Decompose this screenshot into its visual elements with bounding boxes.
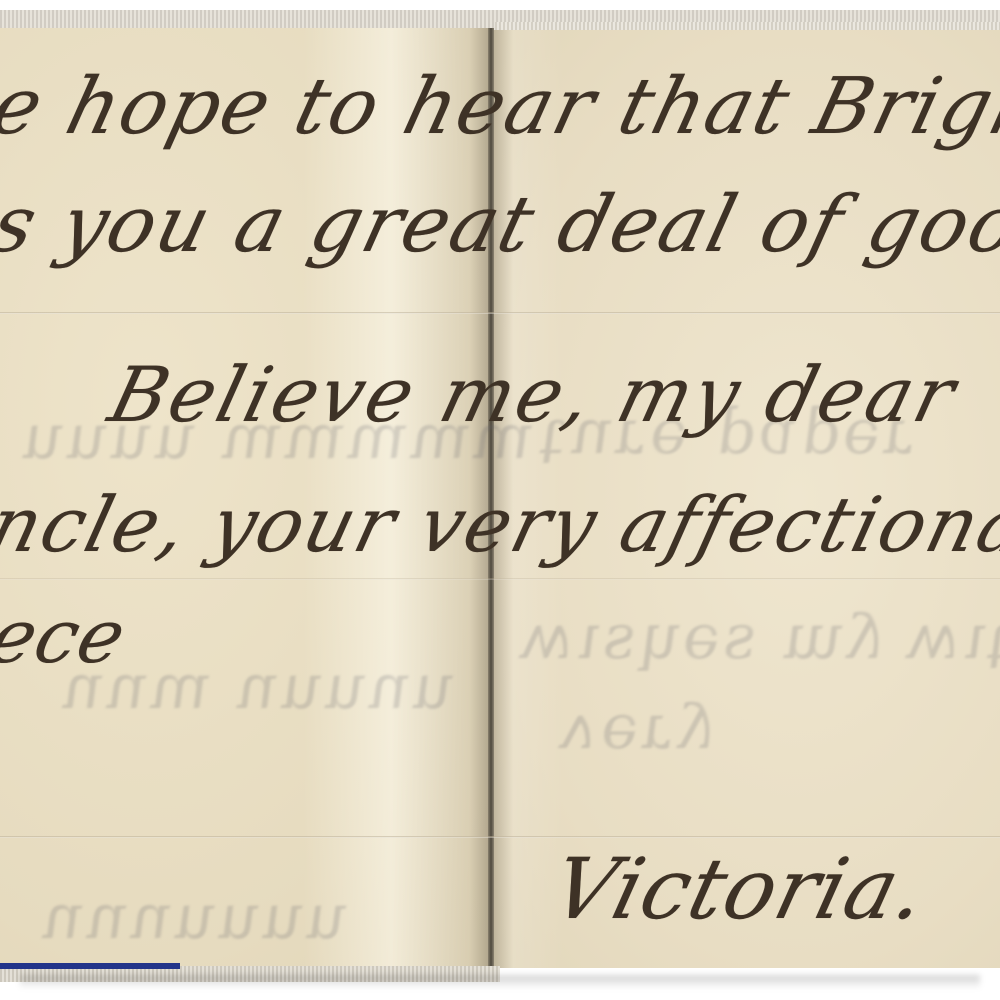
blue-book-cover-edge: [0, 963, 180, 969]
book-photo: mmmmm uuuu unuun mnn uuuunnn ɹǝdɐd ǝɹnʇ …: [0, 0, 1000, 1000]
paper-fold-crease: [0, 578, 1000, 580]
paper-fold-crease: [0, 312, 1000, 314]
letter-line-3: Believe me, my dear: [101, 350, 966, 439]
letter-line-1: e hope to hear that Brighton: [0, 62, 1000, 152]
bleed-through-text: ɥʇıʍ ʎɯ sǝɥsıʍ: [508, 600, 1000, 673]
book-shadow: [20, 975, 980, 989]
bleed-through-text: ʎɹǝʌ: [548, 690, 726, 763]
letter-line-4: ncle, your very affectionate: [0, 480, 1000, 569]
paper-fold-crease: [0, 836, 1000, 838]
letter-line-5: ece: [0, 594, 135, 680]
bleed-through-text: uuuunnn: [28, 880, 359, 953]
signature: Victoria.: [543, 840, 938, 938]
letter-line-2: s you a great deal of good: [0, 180, 1000, 270]
